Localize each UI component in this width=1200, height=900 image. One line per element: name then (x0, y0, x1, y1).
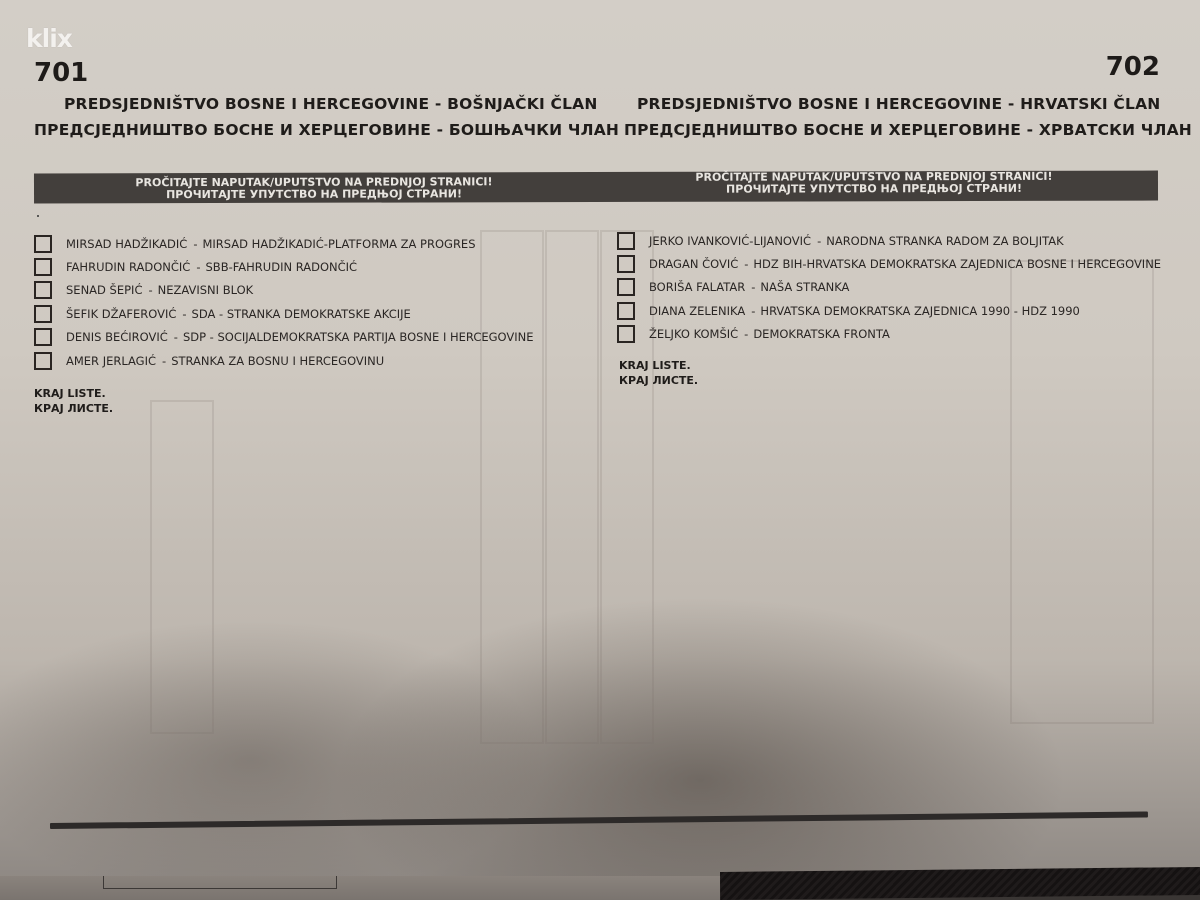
ballot-title-latin-701: PREDSJEDNIŠTVO BOSNE I HERCEGOVINE - BOŠ… (64, 95, 598, 113)
candidate-row: DIANA ZELENIKA - HRVATSKA DEMOKRATSKA ZA… (617, 299, 1161, 322)
vote-checkbox[interactable] (34, 328, 52, 346)
candidate-row: JERKO IVANKOVIĆ-LIJANOVIĆ - NARODNA STRA… (617, 229, 1161, 252)
ballot-number-701: 701 (34, 58, 88, 88)
bleed-through-frame (545, 230, 599, 744)
candidate-party: SDA - STRANKA DEMOKRATSKE AKCIJE (192, 307, 411, 321)
candidate-party: NARODNA STRANKA RADOM ZA BOLJITAK (826, 234, 1063, 248)
candidate-party: SBB-FAHRUDIN RADONČIĆ (206, 260, 358, 274)
vote-checkbox[interactable] (34, 352, 52, 370)
instruction-right-cyrillic: ПРОЧИТАЈТЕ УПУТСТВО НА ПРЕДЊОЈ СТРАНИ! (594, 182, 1154, 195)
candidate-name: JERKO IVANKOVIĆ-LIJANOVIĆ (649, 234, 811, 248)
instruction-right: PROČITAJTE NAPUTAK/UPUTSTVO NA PREDNJOJ … (594, 171, 1154, 195)
candidate-row: FAHRUDIN RADONČIĆ - SBB-FAHRUDIN RADONČI… (34, 255, 534, 278)
candidate-name: DRAGAN ČOVIĆ (649, 257, 738, 271)
dark-table-surface (720, 867, 1200, 900)
klix-watermark-logo: klix (26, 24, 72, 53)
candidate-name: ŠEFIK DŽAFEROVIĆ (66, 307, 176, 321)
instruction-left: PROČITAJTE NAPUTAK/UPUTSTVO NA PREDNJOJ … (34, 176, 594, 200)
candidate-list-702: JERKO IVANKOVIĆ-LIJANOVIĆ - NARODNA STRA… (617, 229, 1161, 346)
vote-checkbox[interactable] (34, 305, 52, 323)
underlying-paper-frame (103, 876, 337, 889)
candidate-party: NAŠA STRANKA (760, 280, 849, 294)
candidate-name: DIANA ZELENIKA (649, 304, 745, 318)
vote-checkbox[interactable] (617, 232, 635, 250)
end-of-list-701: KRAJ LISTE. КРАЈ ЛИСТЕ. (34, 386, 113, 416)
ballot-title-latin-702: PREDSJEDNIŠTVO BOSNE I HERCEGOVINE - HRV… (637, 95, 1160, 113)
candidate-name: BORIŠA FALATAR (649, 280, 745, 294)
separator: - (744, 257, 748, 271)
candidate-row: ŠEFIK DŽAFEROVIĆ - SDA - STRANKA DEMOKRA… (34, 302, 534, 325)
vote-checkbox[interactable] (34, 281, 52, 299)
ballot-title-cyrillic-702: ПРЕДСЈЕДНИШТВО БОСНЕ И ХЕРЦЕГОВИНЕ - ХРВ… (624, 121, 1192, 139)
candidate-name: DENIS BEĆIROVIĆ (66, 330, 168, 344)
separator: - (174, 330, 178, 344)
candidate-party: HRVATSKA DEMOKRATSKA ZAJEDNICA 1990 - HD… (760, 304, 1079, 318)
end-of-list-latin: KRAJ LISTE. (34, 386, 113, 401)
separator: - (751, 304, 755, 318)
candidate-party: NEZAVISNI BLOK (158, 283, 254, 297)
candidate-party: SDP - SOCIJALDEMOKRATSKA PARTIJA BOSNE I… (183, 330, 534, 344)
candidate-party: HDZ BIH-HRVATSKA DEMOKRATSKA ZAJEDNICA B… (753, 257, 1161, 271)
candidate-row: DENIS BEĆIROVIĆ - SDP - SOCIJALDEMOKRATS… (34, 326, 534, 349)
instruction-left-cyrillic: ПРОЧИТАЈТЕ УПУТСТВО НА ПРЕДЊОЈ СТРАНИ! (34, 188, 594, 201)
candidate-name: MIRSAD HADŽIKADIĆ (66, 237, 187, 251)
separator: - (193, 237, 197, 251)
end-of-list-latin: KRAJ LISTE. (619, 358, 698, 373)
candidate-party: STRANKA ZA BOSNU I HERCEGOVINU (171, 354, 384, 368)
candidate-row: BORIŠA FALATAR - NAŠA STRANKA (617, 276, 1161, 299)
separator: - (182, 307, 186, 321)
candidate-name: SENAD ŠEPIĆ (66, 283, 142, 297)
vote-checkbox[interactable] (617, 278, 635, 296)
candidate-list-701: MIRSAD HADŽIKADIĆ - MIRSAD HADŽIKADIĆ-PL… (34, 232, 534, 372)
candidate-name: AMER JERLAGIĆ (66, 354, 156, 368)
end-of-list-cyrillic: КРАЈ ЛИСТЕ. (34, 401, 113, 416)
candidate-name: ŽELJKO KOMŠIĆ (649, 327, 738, 341)
candidate-party: DEMOKRATSKA FRONTA (753, 327, 890, 341)
end-of-list-cyrillic: КРАЈ ЛИСТЕ. (619, 373, 698, 388)
bottom-rule-line (50, 812, 1148, 829)
ballot-title-cyrillic-701: ПРЕДСЈЕДНИШТВО БОСНЕ И ХЕРЦЕГОВИНЕ - БОШ… (34, 121, 619, 139)
vote-checkbox[interactable] (617, 325, 635, 343)
candidate-row: ŽELJKO KOMŠIĆ - DEMOKRATSKA FRONTA (617, 323, 1161, 346)
separator: - (817, 234, 821, 248)
vote-checkbox[interactable] (617, 255, 635, 273)
separator: - (744, 327, 748, 341)
separator: - (148, 283, 152, 297)
vote-checkbox[interactable] (34, 258, 52, 276)
separator: - (162, 354, 166, 368)
vote-checkbox[interactable] (617, 302, 635, 320)
instruction-banner: PROČITAJTE NAPUTAK/UPUTSTVO NA PREDNJOJ … (34, 171, 1158, 204)
candidate-row: SENAD ŠEPIĆ - NEZAVISNI BLOK (34, 279, 534, 302)
bleed-through-frame (150, 400, 214, 734)
separator: - (751, 280, 755, 294)
candidate-name: FAHRUDIN RADONČIĆ (66, 260, 190, 274)
candidate-row: AMER JERLAGIĆ - STRANKA ZA BOSNU I HERCE… (34, 349, 534, 372)
candidate-row: DRAGAN ČOVIĆ - HDZ BIH-HRVATSKA DEMOKRAT… (617, 252, 1161, 275)
separator: - (196, 260, 200, 274)
end-of-list-702: KRAJ LISTE. КРАЈ ЛИСТЕ. (619, 358, 698, 388)
vote-checkbox[interactable] (34, 235, 52, 253)
candidate-row: MIRSAD HADŽIKADIĆ - MIRSAD HADŽIKADIĆ-PL… (34, 232, 534, 255)
candidate-party: MIRSAD HADŽIKADIĆ-PLATFORMA ZA PROGRES (202, 237, 475, 251)
ballot-number-702: 702 (1106, 52, 1160, 82)
ballot-paper: klix 701 PREDSJEDNIŠTVO BOSNE I HERCEGOV… (0, 0, 1200, 878)
print-speck (37, 215, 39, 217)
